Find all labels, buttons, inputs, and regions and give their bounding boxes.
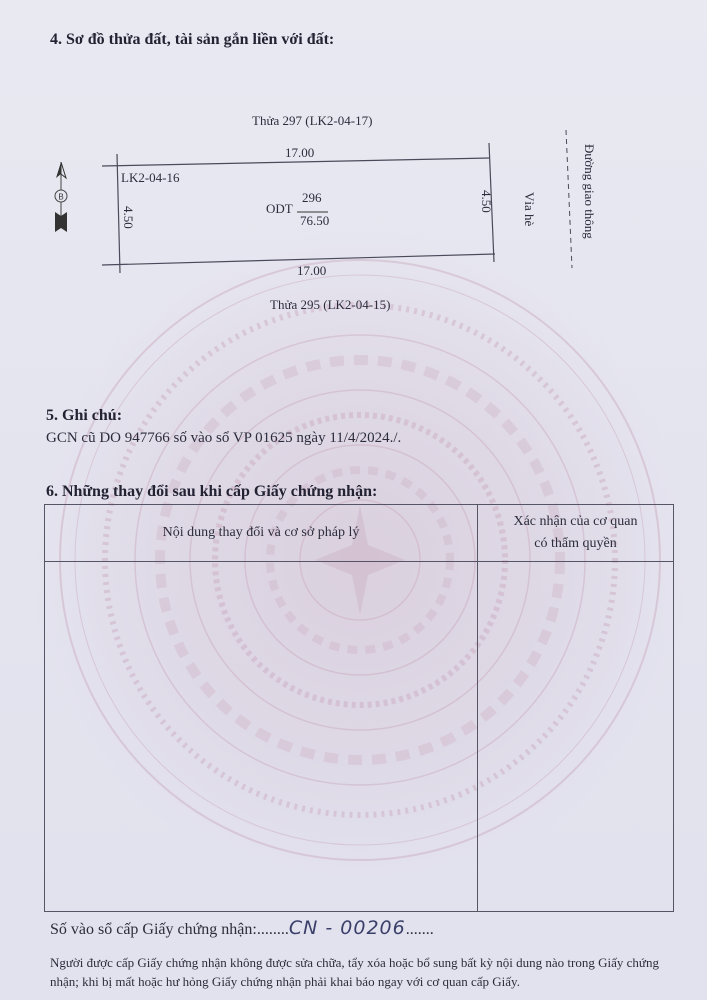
section-6-heading: 6. Những thay đổi sau khi cấp Giấy chứng… (46, 483, 377, 501)
parcel-outline (0, 0, 707, 330)
registry-label: Số vào sổ cấp Giấy chứng nhận: (50, 921, 257, 938)
column-header-confirmation: Xác nhận của cơ quan có thẩm quyền (478, 505, 674, 562)
parcel-number: 296 (302, 190, 322, 206)
left-width-label: 4.50 (120, 206, 136, 229)
sidewalk-label: Vỉa hè (521, 192, 537, 226)
right-width-label: 4.50 (478, 190, 494, 213)
south-parcel-label: Thửa 295 (LK2-04-15) (270, 297, 390, 313)
content-cell (45, 562, 478, 912)
top-length-label: 17.00 (285, 145, 314, 161)
registry-dots: ........ (257, 921, 289, 938)
north-arrow-icon: B (50, 162, 72, 236)
confirmation-cell (478, 562, 674, 912)
table-row (45, 562, 674, 912)
note-text: GCN cũ DO 947766 số vào sổ VP 01625 ngày… (46, 430, 401, 447)
column-header-content: Nội dung thay đổi và cơ sở pháp lý (45, 505, 478, 562)
section-5-heading: 5. Ghi chú: (46, 407, 122, 425)
changes-table-header: Nội dung thay đổi và cơ sở pháp lý Xác n… (45, 505, 674, 562)
parcel-diagram: B Thửa 297 (LK2-04-17) 17.00 LK2-04-16 O… (0, 0, 707, 330)
north-parcel-label: Thửa 297 (LK2-04-17) (252, 113, 372, 129)
registry-line: Số vào sổ cấp Giấy chứng nhận:........CN… (50, 917, 434, 939)
west-parcel-label: LK2-04-16 (121, 170, 180, 186)
registry-dots: ....... (406, 921, 434, 938)
changes-table: Nội dung thay đổi và cơ sở pháp lý Xác n… (44, 504, 674, 912)
bottom-length-label: 17.00 (297, 263, 326, 279)
parcel-area: 76.50 (300, 213, 329, 229)
road-label: Đường giao thông (581, 144, 597, 239)
footer-warning-note: Người được cấp Giấy chứng nhận không đượ… (50, 953, 690, 991)
land-type-label: ODT (266, 201, 293, 217)
svg-text:B: B (58, 193, 63, 202)
registry-number: CN - 00206 (289, 917, 406, 939)
